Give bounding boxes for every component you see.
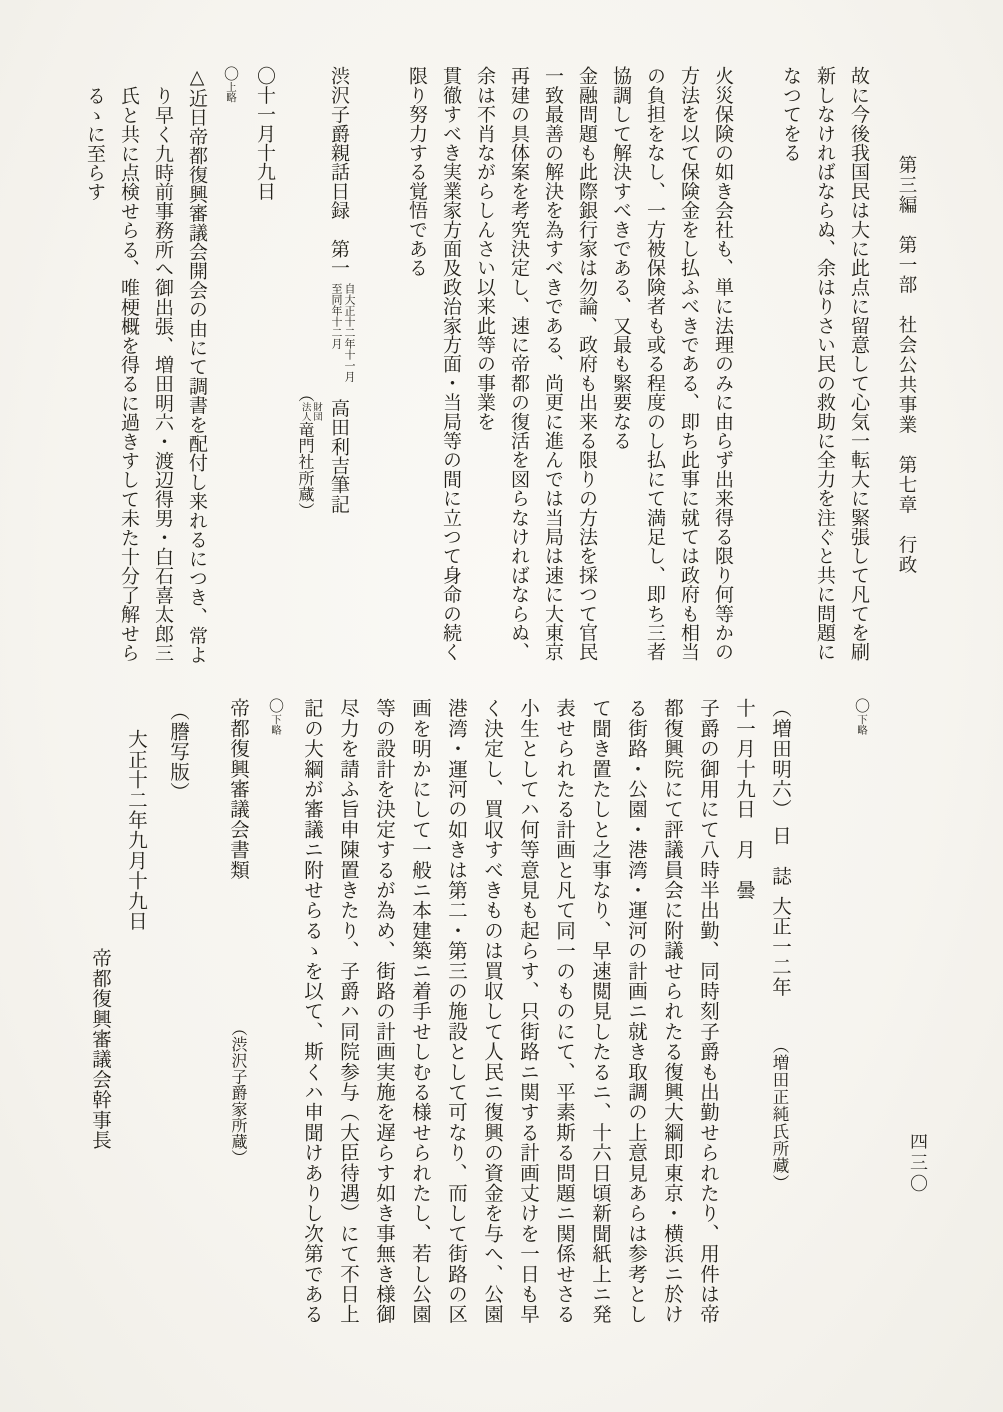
- omission-label: 下略: [270, 714, 281, 735]
- body-column: 一致最善の解決を為すべきである、尚更に進んでは当局は速に大東京: [535, 66, 569, 676]
- body-column: 故に今後我国民は大に此点に留意して心気一転大に緊張して凡てを刷: [841, 66, 875, 676]
- upper-text-block: 第三編 第一部 社会公共事業 第七章 行政 故に今後我国民は大に此点に留意して心…: [77, 66, 923, 676]
- body-column: の負担をなし、一方被保険者も或る程度のし払にて満足し、即ち三者: [637, 66, 671, 676]
- body-column: 再建の具体案を考究決定し、速に帝都の復活を図らなければならぬ、: [501, 66, 535, 676]
- body-column: 尽力を請ふ旨申陳置きたり、子爵ハ同院参与（大臣待遇）にて不日上: [329, 698, 365, 1368]
- body-column: て聞き置たしと之事なり、早速閲見したるニ、十六日頃新聞紙上ニ発: [581, 698, 617, 1368]
- citation-scribe: 高田利吉筆記: [328, 398, 349, 513]
- doc-owner: （渋沢子爵家所蔵）: [229, 1020, 246, 1166]
- owner-name: 竜門社所蔵）: [296, 421, 313, 518]
- doc-edition: （謄写版）: [159, 698, 195, 1368]
- body-column: 協調して解決すべきである、又最も緊要なる: [603, 66, 637, 676]
- body-column: るゝに至らす: [77, 66, 111, 676]
- source-owner: （増田正純氏所蔵）: [770, 1037, 789, 1192]
- doc-signer: 帝都復興審議会幹事長: [81, 698, 117, 1368]
- owner-org: 財団法人: [299, 402, 321, 421]
- citation-owner: （財団法人竜門社所蔵）: [287, 66, 321, 676]
- spacer: [779, 997, 780, 1037]
- lower-text-block: 〇下略 （増田明六）日 誌大正一二年（増田正純氏所蔵） 十一月十九日 月 曇 子…: [73, 698, 879, 1368]
- body-column: 都復興院にて評議員会に附議せられたる復興大綱即東京・横浜ニ於け: [653, 698, 689, 1368]
- body-column: 方法を以て保険金をし払ふべきである、即ち此事に就ては政府も相当: [671, 66, 705, 676]
- body-column: △近日帝都復興審議会開会の由にて調書を配付し来れるにつき、常よ: [179, 66, 213, 676]
- page-number: 四三〇: [905, 1132, 931, 1195]
- citation-date-from: 自大正十二年十一月: [342, 283, 355, 382]
- spacer: [237, 880, 238, 1020]
- body-column: 火災保険の如き会社も、単に法理のみに由らず出来得る限り何等かの: [705, 66, 739, 676]
- body-column: 子爵の御用にて八時半出勤、同時刻子爵も出勤せられたり、用件は帝: [689, 698, 725, 1368]
- diary-date-line: 十一月十九日 月 曇: [725, 698, 761, 1368]
- chapter-header: 第三編 第一部 社会公共事業 第七章 行政: [889, 66, 923, 676]
- source-name: （増田明六）: [769, 698, 790, 819]
- body-column: 新しなければならぬ、余はりさい民の救助に全力を注ぐと共に問題に: [807, 66, 841, 676]
- body-column: 小生としてハ何等意見も起らす、只街路ニ関する計画丈けを一日も早: [509, 698, 545, 1368]
- omission-note: 〇下略: [257, 698, 293, 1368]
- body-column: 等の設計を決定するが為め、街路の計画実施を遅らす如き事無き様御: [365, 698, 401, 1368]
- owner-org-line: 財団: [310, 402, 321, 421]
- citation-line: 渋沢子爵親話日録 第一自大正十二年十一月至同年十二月高田利吉筆記: [321, 66, 355, 676]
- body-column: 限り努力する覚悟である: [399, 66, 433, 676]
- body-column: 貫徹すべき実業家方面及政治家方面・当局等の間に立つて身命の続く: [433, 66, 467, 676]
- owner-org-line: 法人: [299, 402, 310, 421]
- body-column: り早く九時前事務所へ御出張、増田明六・渡辺得男・白石喜太郎三: [145, 66, 179, 676]
- body-column: なつてをる: [773, 66, 807, 676]
- source-kind: 日 誌: [769, 825, 790, 886]
- body-column: 余は不肖ながらしんさい以来此等の事業を: [467, 66, 501, 676]
- entry-date-heading: 〇十一月十九日: [247, 66, 281, 676]
- omission-note: 〇下略: [843, 698, 879, 1368]
- body-column: 表せられたる計画と凡て同一のものにて、平素斯る問題ニ関係せさる: [545, 698, 581, 1368]
- body-column: 画を明かにして一般ニ本建築ニ着手せしむる様せられたし、若し公園: [401, 698, 437, 1368]
- body-column: 記の大綱が審議ニ附せらるゝを以て、斯くハ申聞けありし次第である: [293, 698, 329, 1368]
- omission-label: 下略: [856, 714, 867, 735]
- body-column: く決定し、買収すべきものは買収して人民ニ復興の資金を与へ、公園: [473, 698, 509, 1368]
- omission-circle-icon: 〇: [222, 66, 238, 81]
- citation-title: 渋沢子爵親話日録 第一: [328, 66, 349, 277]
- doc-title: 帝都復興審議会書類: [227, 698, 248, 880]
- omission-circle-icon: 〇: [853, 698, 869, 714]
- body-column: 港湾・運河の如きは第二・第三の施設として可なり、而して街路の区: [437, 698, 473, 1368]
- document-title-line: 帝都復興審議会書類（渋沢子爵家所蔵）: [219, 698, 255, 1368]
- source-line: （増田明六）日 誌大正一二年（増田正純氏所蔵）: [761, 698, 797, 1368]
- source-year: 大正一二年: [769, 896, 790, 997]
- omission-circle-icon: 〇: [267, 698, 283, 714]
- body-column: 金融問題も此際銀行家は勿論、政府も出来る限りの方法を採つて官民: [569, 66, 603, 676]
- owner-paren: （: [296, 386, 313, 402]
- body-column: 氏と共に点検せらる、唯梗概を得るに過きすして未た十分了解せら: [111, 66, 145, 676]
- citation-date-range: 自大正十二年十一月至同年十二月: [329, 283, 355, 382]
- spacer: [779, 886, 780, 896]
- doc-date: 大正十二年九月十九日: [117, 698, 153, 1368]
- spacer: [338, 382, 339, 398]
- citation-date-to: 至同年十二月: [329, 283, 342, 382]
- scanned-page: 第三編 第一部 社会公共事業 第七章 行政 故に今後我国民は大に此点に留意して心…: [0, 0, 1003, 1412]
- omission-note: 〇上略: [213, 66, 247, 676]
- body-column: る街路・公園・港湾・運河の計画ニ就き取調の上意見あらは参考とし: [617, 698, 653, 1368]
- omission-label: 上略: [225, 81, 236, 102]
